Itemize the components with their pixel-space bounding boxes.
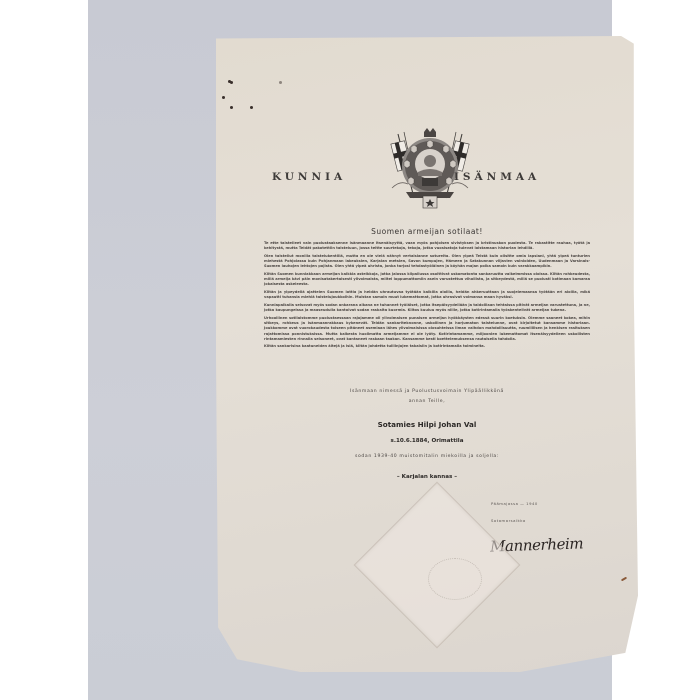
paper-stain (621, 577, 627, 582)
paragraph: Kiitän Suomen kunniakkaan armeijan kaikk… (264, 272, 590, 288)
ink-spot (250, 106, 253, 109)
recipient-name: Sotamies Hilpi Johan Val (216, 420, 638, 429)
paragraph: Kunniapaikalla seisovat myös sodan ankar… (264, 303, 590, 313)
paragraph: Olen taistellut monilla taistelukentillä… (264, 254, 590, 270)
paragraph: Kiitän sankarisina kaatuneiden äitejä ja… (264, 344, 590, 349)
certificate-paper: KUNNIA (216, 36, 638, 672)
ink-spot (279, 81, 282, 84)
header-isanmaa: ISÄNMAA (454, 171, 540, 183)
coat-of-arms-emblem-icon (380, 128, 480, 212)
header-kunnia: KUNNIA (272, 171, 346, 183)
ink-spot (230, 81, 233, 84)
certificate-header: KUNNIA (216, 128, 638, 218)
conferral-line-2: annan Teille, (216, 399, 638, 404)
paragraph: Urhoollinen sotilaistomme puolustaessaan… (264, 316, 590, 342)
paragraph: Te ette taistelleet vain puolustaaksenne… (264, 241, 590, 251)
conferral-line-1: Isänmaan nimessä ja Puolustusvoimain Yli… (216, 389, 638, 394)
seal-emblem-icon (428, 558, 482, 600)
ink-spot (230, 106, 233, 109)
paragraph: Kiitän ja ylpeydellä ajattelen Suomen lo… (264, 290, 590, 300)
signer-title: Sotamarsalkka (491, 518, 591, 523)
order-of-the-day-text: Te ette taistelleet vain puolustaaksenne… (264, 241, 590, 352)
recipient-birth: s.10.6.1884, Orimattila (216, 438, 638, 444)
award-line: sodan 1939-40 muistomitalin miekoilla ja… (216, 454, 638, 459)
document-title: Suomen armeijan sotilaat! (216, 227, 638, 236)
place-date: Päämajassa — 1940 (491, 501, 591, 506)
photo-background: KUNNIA (88, 0, 612, 700)
clasp-name: – Karjalan kannas – (216, 474, 638, 480)
ink-spot (222, 96, 225, 99)
